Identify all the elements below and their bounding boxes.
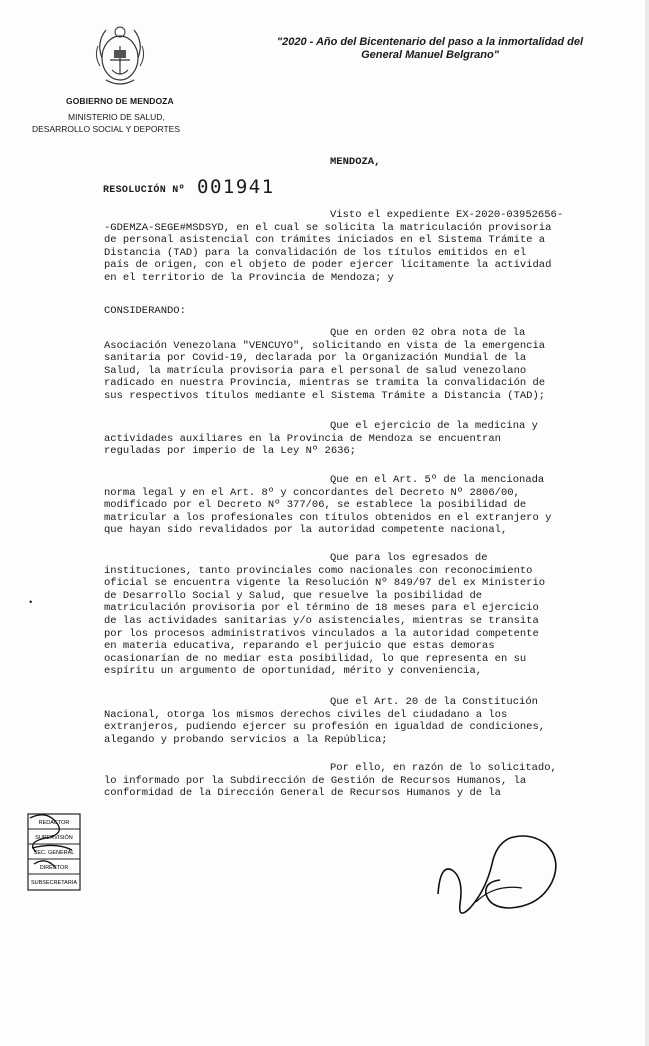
text-line: alegando y probando servicios a la Repúb… — [104, 734, 638, 747]
paragraph-5: Que el Art. 20 de la Constitución Nacion… — [104, 696, 638, 746]
considerando-heading: CONSIDERANDO: — [104, 305, 186, 317]
approval-stamp-icon: REDACTOR SUPERVISIÓN SEC. GENERAL DIRECT… — [26, 812, 82, 892]
coat-of-arms-icon — [92, 22, 148, 90]
text-line: Asociación Venezolana "VENCUYO", solicit… — [104, 340, 638, 353]
svg-text:REDACTOR: REDACTOR — [39, 820, 70, 826]
text-line: Visto el expediente EX-2020-03952656- — [104, 209, 638, 222]
text-line: en materia educativa, reparando el perju… — [104, 640, 638, 653]
text-line: reguladas por imperio de la Ley Nº 2636; — [104, 445, 638, 458]
text-line: sanitaria por Covid-19, declarada por la… — [104, 352, 638, 365]
text-line: de personal asistencial con trámites ini… — [104, 234, 638, 247]
intro-paragraph: Visto el expediente EX-2020-03952656- -G… — [104, 209, 638, 285]
text-line: lo informado por la Subdirección de Gest… — [104, 775, 638, 788]
text-line: instituciones, tanto provinciales como n… — [104, 565, 638, 578]
svg-text:SUBSECRETARIA: SUBSECRETARIA — [31, 880, 77, 886]
paragraph-4: Que para los egresados de instituciones,… — [104, 552, 638, 678]
resolution-number: 001941 — [197, 176, 275, 198]
motto-line-2: General Manuel Belgrano" — [230, 49, 630, 62]
paragraph-3: Que en el Art. 5º de la mencionada norma… — [104, 474, 638, 537]
text-line: que hayan sido revalidados por la autori… — [104, 524, 638, 537]
text-line: país de origen, con el objeto de poder e… — [104, 259, 638, 272]
paragraph-1: Que en orden 02 obra nota de la Asociaci… — [104, 327, 638, 403]
text-line: por los procesos administrativos vincula… — [104, 628, 638, 641]
paragraph-2: Que el ejercicio de la medicina y activi… — [104, 420, 638, 458]
page-edge — [645, 0, 649, 1046]
text-line: Que el ejercicio de la medicina y — [104, 420, 638, 433]
text-line: conformidad de la Dirección General de R… — [104, 787, 638, 800]
text-line: Distancia (TAD) para la convalidación de… — [104, 247, 638, 260]
text-line: Por ello, en razón de lo solicitado, — [104, 762, 638, 775]
ministry-line-1: MINISTERIO DE SALUD, — [68, 112, 165, 122]
text-line: extranjeros, pudiendo ejercer su profesi… — [104, 721, 638, 734]
city-date: MENDOZA, — [330, 156, 380, 168]
margin-mark: • — [28, 598, 33, 608]
text-line: matriculación provisoria por el término … — [104, 602, 638, 615]
text-line: Que en el Art. 5º de la mencionada — [104, 474, 638, 487]
text-line: de las actividades sanitarias y/o asiste… — [104, 615, 638, 628]
text-line: Que el Art. 20 de la Constitución — [104, 696, 638, 709]
document-page: GOBIERNO DE MENDOZA MINISTERIO DE SALUD,… — [0, 0, 649, 1046]
text-line: Nacional, otorga los mismos derechos civ… — [104, 709, 638, 722]
text-line: Salud, la matrícula provisoria para el p… — [104, 365, 638, 378]
paragraph-6: Por ello, en razón de lo solicitado, lo … — [104, 762, 638, 800]
text-line: modificado por el Decreto Nº 377/06, se … — [104, 499, 638, 512]
text-line: en el territorio de la Provincia de Mend… — [104, 272, 638, 285]
svg-text:SEC. GENERAL: SEC. GENERAL — [34, 850, 75, 856]
motto-line-1: "2020 - Año del Bicentenario del paso a … — [230, 36, 630, 49]
text-line: norma legal y en el Art. 8º y concordant… — [104, 487, 638, 500]
text-line: espíritu un argumento de oportunidad, mé… — [104, 665, 638, 678]
text-line: Que para los egresados de — [104, 552, 638, 565]
text-line: -GDEMZA-SEGE#MSDSYD, en el cual se solic… — [104, 222, 638, 235]
resolution-label: RESOLUCIÓN Nº — [103, 185, 185, 196]
text-line: sus respectivos títulos mediante el Sist… — [104, 390, 638, 403]
year-motto: "2020 - Año del Bicentenario del paso a … — [230, 36, 630, 62]
text-line: Que en orden 02 obra nota de la — [104, 327, 638, 340]
government-name: GOBIERNO DE MENDOZA — [66, 96, 174, 106]
text-line: ocasionarían de no mediar esta posibilid… — [104, 653, 638, 666]
handwritten-signature-icon — [430, 824, 580, 924]
text-line: matricular a los profesionales con títul… — [104, 512, 638, 525]
text-line: radicado en nuestra Provincia, mientras … — [104, 377, 638, 390]
ministry-line-2: DESARROLLO SOCIAL Y DEPORTES — [32, 124, 180, 134]
text-line: oficial se encuentra vigente la Resoluci… — [104, 577, 638, 590]
text-line: actividades auxiliares en la Provincia d… — [104, 433, 638, 446]
text-line: de Desarrollo Social y Salud, que resuel… — [104, 590, 638, 603]
